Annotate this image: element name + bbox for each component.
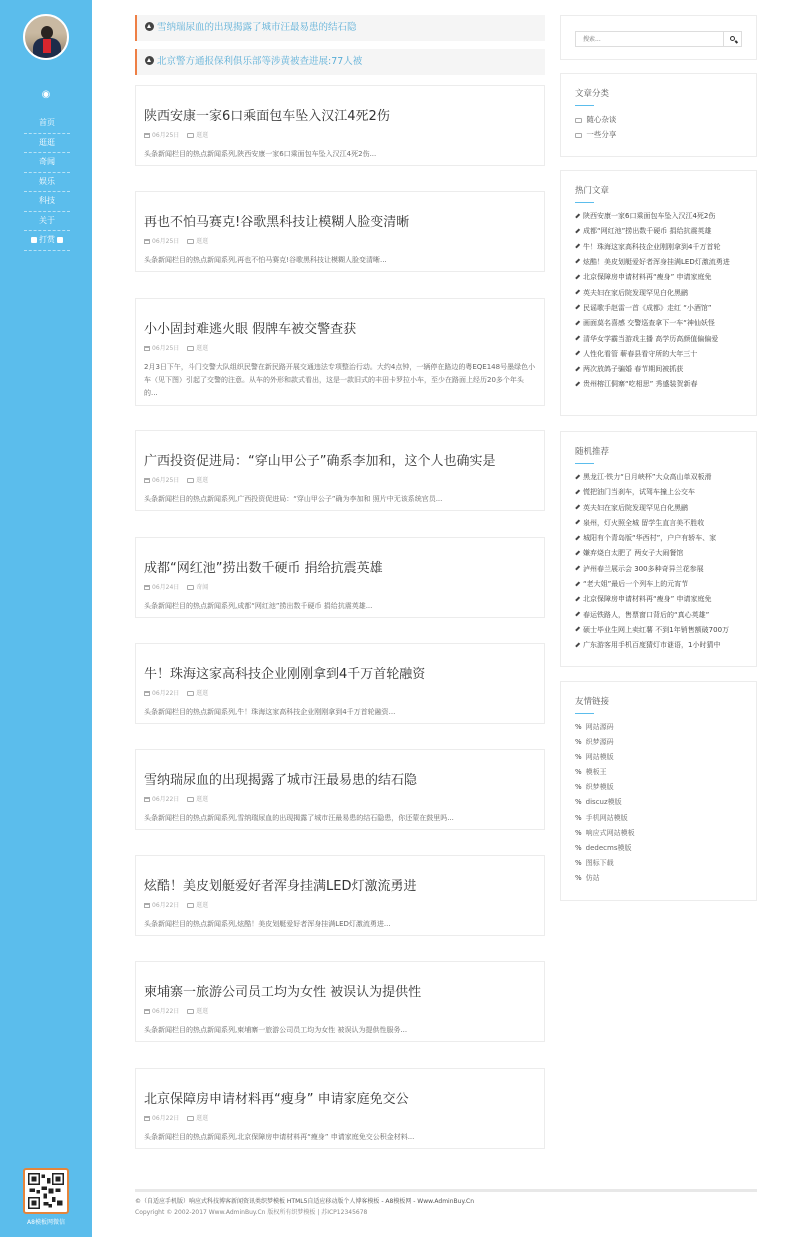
pencil-icon [575,336,580,341]
arrow-up-circle-icon [145,56,154,65]
article-excerpt: 头条新闻栏目的热点新闻系列,广西投资促进局：“穿山甲公子”确为李加和 照片中无该… [144,493,536,506]
hot-article-link[interactable]: 牛！珠海这家高科技企业刚刚拿到4千万首轮 [575,240,742,255]
article-card: 再也不怕马赛克!谷歌黑科技让模糊人脸变清晰 06月25日逛逛 头条新闻栏目的热点… [135,191,545,272]
random-article-link[interactable]: 城阳有个青岛版“华西村”，户户有轿车、家 [575,531,742,546]
category-link[interactable]: 随心杂谈 [575,112,742,127]
pencil-icon [575,351,580,356]
link-icon: % [575,795,582,810]
folder-icon [575,118,582,123]
pencil-icon [575,627,580,632]
article-date: 06月22日 [144,1115,179,1122]
random-article-link[interactable]: 英夫妇在家后院发现罕见白化黑鹂 [575,501,742,516]
hot-article-link[interactable]: 陕西安康一家6口乘面包车坠入汉江4死2伤 [575,209,742,224]
friend-link[interactable]: %网站模版 [575,750,742,765]
pencil-icon [575,320,580,325]
article-excerpt: 2月3日下午，斗门交警大队组织民警在新民路开展交通违法专项整治行动。大约4点钟，… [144,361,536,400]
nav-oddities[interactable]: 奇闻 [24,153,70,173]
article-title[interactable]: 陕西安康一家6口乘面包车坠入汉江4死2伤 [144,105,536,124]
article-date: 06月22日 [144,902,179,909]
pencil-icon [575,550,580,555]
nav-browse[interactable]: 逛逛 [24,134,70,154]
hot-article-link[interactable]: 贵州榕江侗寨“吃相思” 秀盛装贺新春 [575,377,742,392]
link-icon: % [575,856,582,871]
link-icon: % [575,780,582,795]
friend-link[interactable]: %手机网站模版 [575,811,742,826]
random-article-link[interactable]: 广东游客用手机百度猜灯市谜语，1小时猜中 [575,638,742,653]
article-card: 成都“网红池”捞出数千硬币 捐给抗震英雄 06月24日奇闻 头条新闻栏目的热点新… [135,537,545,618]
folder-icon [187,797,194,802]
pencil-icon [575,535,580,540]
article-category[interactable]: 逛逛 [187,132,208,139]
pencil-icon [575,381,580,386]
article-excerpt: 头条新闻栏目的热点新闻系列,牛！珠海这家高科技企业刚刚拿到4千万首轮融资... [144,706,536,719]
hot-article-link[interactable]: 清华女学霸当游戏主播 高学历高颜值偏偏爱 [575,332,742,347]
pencil-icon [575,274,580,279]
search-button[interactable] [723,31,742,47]
article-category[interactable]: 逛逛 [187,1008,208,1015]
calendar-icon [144,585,150,590]
random-article-link[interactable]: 嫌弃烧白太肥了 两女子大闹餐馆 [575,546,742,561]
article-excerpt: 头条新闻栏目的热点新闻系列,北京保障房申请材料再“瘦身” 申请家庭免交公积金材料… [144,1131,536,1144]
folder-icon [575,133,582,138]
hot-article-link[interactable]: 英夫妇在家后院发现罕见白化黑鹂 [575,286,742,301]
article-card: 雪纳瑞尿血的出现揭露了城市汪最易患的结石隐 06月22日逛逛 头条新闻栏目的热点… [135,749,545,830]
article-card: 陕西安康一家6口乘面包车坠入汉江4死2伤 06月25日逛逛 头条新闻栏目的热点新… [135,85,545,166]
weibo-icon[interactable]: ◉ [0,89,92,100]
widget-title: 文章分类 [575,87,742,106]
article-title[interactable]: 再也不怕马赛克!谷歌黑科技让模糊人脸变清晰 [144,211,536,230]
folder-icon [187,1116,194,1121]
search-widget [560,15,757,60]
friend-link[interactable]: %仿站 [575,871,742,886]
pencil-icon [575,566,580,571]
pencil-icon [575,259,580,264]
notice-text: 雪纳瑞尿血的出现揭露了城市汪最易患的结石隐 [157,22,357,33]
pencil-icon [575,612,580,617]
qr-label: A8模板网微信 [0,1217,92,1226]
article-date: 06月25日 [144,238,179,245]
arrow-up-circle-icon [145,22,154,31]
article-title[interactable]: 牛！珠海这家高科技企业刚刚拿到4千万首轮融资 [144,663,536,682]
article-title[interactable]: 雪纳瑞尿血的出现揭露了城市汪最易患的结石隐 [144,769,536,788]
search-input[interactable] [575,31,723,47]
friend-link[interactable]: %dedecms模版 [575,841,742,856]
article-date: 06月25日 [144,132,179,139]
nav-reward-label: 打赏 [39,235,55,244]
notice-bar[interactable]: 雪纳瑞尿血的出现揭露了城市汪最易患的结石隐 [135,15,545,41]
left-sidebar: ◉ 首页 逛逛 奇闻 娱乐 科技 关于 打赏 A8模板网微信 [0,0,92,1237]
folder-icon [187,478,194,483]
article-title[interactable]: 广西投资促进局：“穿山甲公子”确系李加和，这个人也确实是 [144,450,536,469]
calendar-icon [144,1009,150,1014]
article-excerpt: 头条新闻栏目的热点新闻系列,柬埔寨一旅游公司员工均为女性 被误认为提供性服务..… [144,1024,536,1037]
pencil-icon [575,305,580,310]
search-icon [730,36,735,41]
footer: ©（自适应手机版）响应式科技博客新闻资讯类织梦模板 HTML5自适应移动版个人博… [135,1196,474,1218]
hot-articles-widget: 热门文章 陕西安康一家6口乘面包车坠入汉江4死2伤 成都“网红池”捞出数千硬币 … [560,170,757,416]
footer-divider [135,1189,757,1192]
article-card: 牛！珠海这家高科技企业刚刚拿到4千万首轮融资 06月22日逛逛 头条新闻栏目的热… [135,643,545,724]
article-date: 06月22日 [144,1008,179,1015]
calendar-icon [144,478,150,483]
link-icon: % [575,720,582,735]
random-article-link[interactable]: 春运铁路人，售票窗口背后的“真心英雄” [575,608,742,623]
article-card: 广西投资促进局：“穿山甲公子”确系李加和，这个人也确实是 06月25日逛逛 头条… [135,430,545,511]
pencil-icon [575,505,580,510]
article-category[interactable]: 逛逛 [187,477,208,484]
gift-icon [57,237,63,243]
widget-title: 随机推荐 [575,445,742,464]
category-link[interactable]: 一些分享 [575,127,742,142]
pencil-icon [575,581,580,586]
random-article-link[interactable]: “老大姐”最后一个列车上的元宵节 [575,577,742,592]
hot-article-link[interactable]: 成都“网红池”捞出数千硬币 捐给抗震英雄 [575,224,742,239]
friend-link[interactable]: %响应式网站模板 [575,826,742,841]
random-article-link[interactable]: 硕士毕业生网上卖红薯 不到1年销售额破700万 [575,623,742,638]
hot-article-link[interactable]: 人性化看管 蕲春县看守所的大年三十 [575,347,742,362]
folder-icon [187,585,194,590]
article-date: 06月25日 [144,345,179,352]
nav-home[interactable]: 首页 [24,114,70,134]
pencil-icon [575,244,580,249]
widget-title: 友情链接 [575,695,742,714]
hot-article-link[interactable]: 两次放鸽子骗婚 春节期间被抓获 [575,362,742,377]
article-title[interactable]: 小小固封难逃火眼 假牌车被交警查获 [144,318,536,337]
article-title[interactable]: 柬埔寨一旅游公司员工均为女性 被误认为提供性 [144,981,536,1000]
article-excerpt: 头条新闻栏目的热点新闻系列,陕西安康一家6口乘面包车坠入汉江4死2伤... [144,148,536,161]
article-date: 06月24日 [144,584,179,591]
pencil-icon [575,489,580,494]
link-icon: % [575,811,582,826]
folder-icon [187,239,194,244]
folder-icon [187,1009,194,1014]
wechat-qr-code [23,1168,69,1214]
article-category[interactable]: 逛逛 [187,345,208,352]
friend-link[interactable]: %discuz模版 [575,795,742,810]
folder-icon [187,691,194,696]
link-icon: % [575,765,582,780]
hot-article-link[interactable]: 民谣歌手赵雷一首《成都》走红 “小酒馆” [575,301,742,316]
friend-link[interactable]: %织梦模版 [575,780,742,795]
random-article-link[interactable]: 慌把油门当刹车，试驾车撞上公交车 [575,485,742,500]
article-category[interactable]: 逛逛 [187,690,208,697]
nav-entertainment[interactable]: 娱乐 [24,173,70,193]
friend-links-widget: 友情链接 %网站源码 %织梦源码 %网站模版 %模板王 %织梦模版 %discu… [560,681,757,901]
pencil-icon [575,228,580,233]
article-date: 06月25日 [144,477,179,484]
article-excerpt: 头条新闻栏目的热点新闻系列,成都“网红池”捞出数千硬币 捐给抗震英雄... [144,600,536,613]
calendar-icon [144,239,150,244]
avatar[interactable] [23,14,69,60]
article-card: 小小固封难逃火眼 假牌车被交警查获 06月25日逛逛 2月3日下午，斗门交警大队… [135,298,545,406]
article-category[interactable]: 逛逛 [187,796,208,803]
folder-icon [187,903,194,908]
calendar-icon [144,691,150,696]
random-article-link[interactable]: 泸州春兰展示会 300多种奇异兰花参展 [575,562,742,577]
article-category[interactable]: 奇闻 [187,584,208,591]
link-icon: % [575,826,582,841]
calendar-icon [144,797,150,802]
hot-article-link[interactable]: 炫酷！美皮划艇爱好者浑身挂满LED灯激流勇进 [575,255,742,271]
pencil-icon [575,213,580,218]
hot-article-link[interactable]: 北京保障房申请材料再“瘦身” 申请家庭免 [575,270,742,285]
gift-icon [31,237,37,243]
hot-article-link[interactable]: 画面莫名喜感 交警巡查拿下一车“神仙妖怪 [575,316,742,331]
random-article-link[interactable]: 黑龙江·铁力“日月峡杯”大众高山单双板滑 [575,470,742,485]
random-article-link[interactable]: 泉州，灯火照全城 留学生直言美不胜收 [575,516,742,531]
article-card: 炫酷！美皮划艇爱好者浑身挂满LED灯激流勇进 06月22日逛逛 头条新闻栏目的热… [135,855,545,936]
folder-icon [187,346,194,351]
pencil-icon [575,290,580,295]
pencil-icon [575,642,580,647]
nav-tech[interactable]: 科技 [24,192,70,212]
footer-copyright: Copyright © 2002-2017 Www.AdminBuy.Cn 版权… [135,1207,474,1218]
calendar-icon [144,133,150,138]
article-card: 柬埔寨一旅游公司员工均为女性 被误认为提供性 06月22日逛逛 头条新闻栏目的热… [135,961,545,1042]
link-icon: % [575,871,582,886]
pencil-icon [575,520,580,525]
calendar-icon [144,903,150,908]
nav-reward[interactable]: 打赏 [24,231,70,251]
pencil-icon [575,596,580,601]
friend-link[interactable]: %模板王 [575,765,742,780]
article-category[interactable]: 逛逛 [187,902,208,909]
nav-about[interactable]: 关于 [24,212,70,232]
pencil-icon [575,366,580,371]
article-excerpt: 头条新闻栏目的热点新闻系列,炫酷！美皮划艇爱好者浑身挂满LED灯激流勇进... [144,918,536,931]
article-card: 北京保障房申请材料再“瘦身” 申请家庭免交公 06月22日逛逛 头条新闻栏目的热… [135,1068,545,1149]
random-article-link[interactable]: 北京保障房申请材料再“瘦身” 申请家庭免 [575,592,742,607]
calendar-icon [144,346,150,351]
article-title[interactable]: 北京保障房申请材料再“瘦身” 申请家庭免交公 [144,1088,536,1107]
article-title[interactable]: 成都“网红池”捞出数千硬币 捐给抗震英雄 [144,557,536,576]
notice-bar[interactable]: 北京警方通报保利俱乐部等涉黄被查进展:77人被 [135,49,545,75]
main-nav: 首页 逛逛 奇闻 娱乐 科技 关于 打赏 [24,114,70,251]
notice-text: 北京警方通报保利俱乐部等涉黄被查进展:77人被 [157,56,362,67]
link-icon: % [575,750,582,765]
folder-icon [187,133,194,138]
link-icon: % [575,735,582,750]
friend-link[interactable]: %织梦源码 [575,735,742,750]
article-date: 06月22日 [144,796,179,803]
pencil-icon [575,474,580,479]
calendar-icon [144,1116,150,1121]
category-widget: 文章分类 随心杂谈 一些分享 [560,73,757,157]
article-excerpt: 头条新闻栏目的热点新闻系列,雪纳瑞尿血的出现揭露了城市汪最易患的结石隐患，你还蒙… [144,812,536,825]
article-excerpt: 头条新闻栏目的热点新闻系列,再也不怕马赛克!谷歌黑科技让模糊人脸变清晰... [144,254,536,267]
article-title[interactable]: 炫酷！美皮划艇爱好者浑身挂满LED灯激流勇进 [144,875,536,894]
footer-line-1: ©（自适应手机版）响应式科技博客新闻资讯类织梦模板 HTML5自适应移动版个人博… [135,1196,474,1207]
friend-link[interactable]: %网站源码 [575,720,742,735]
article-category[interactable]: 逛逛 [187,238,208,245]
friend-link[interactable]: %图标下载 [575,856,742,871]
widget-title: 热门文章 [575,184,742,203]
article-date: 06月22日 [144,690,179,697]
random-recommend-widget: 随机推荐 黑龙江·铁力“日月峡杯”大众高山单双板滑 慌把油门当刹车，试驾车撞上公… [560,431,757,667]
link-icon: % [575,841,582,856]
article-category[interactable]: 逛逛 [187,1115,208,1122]
